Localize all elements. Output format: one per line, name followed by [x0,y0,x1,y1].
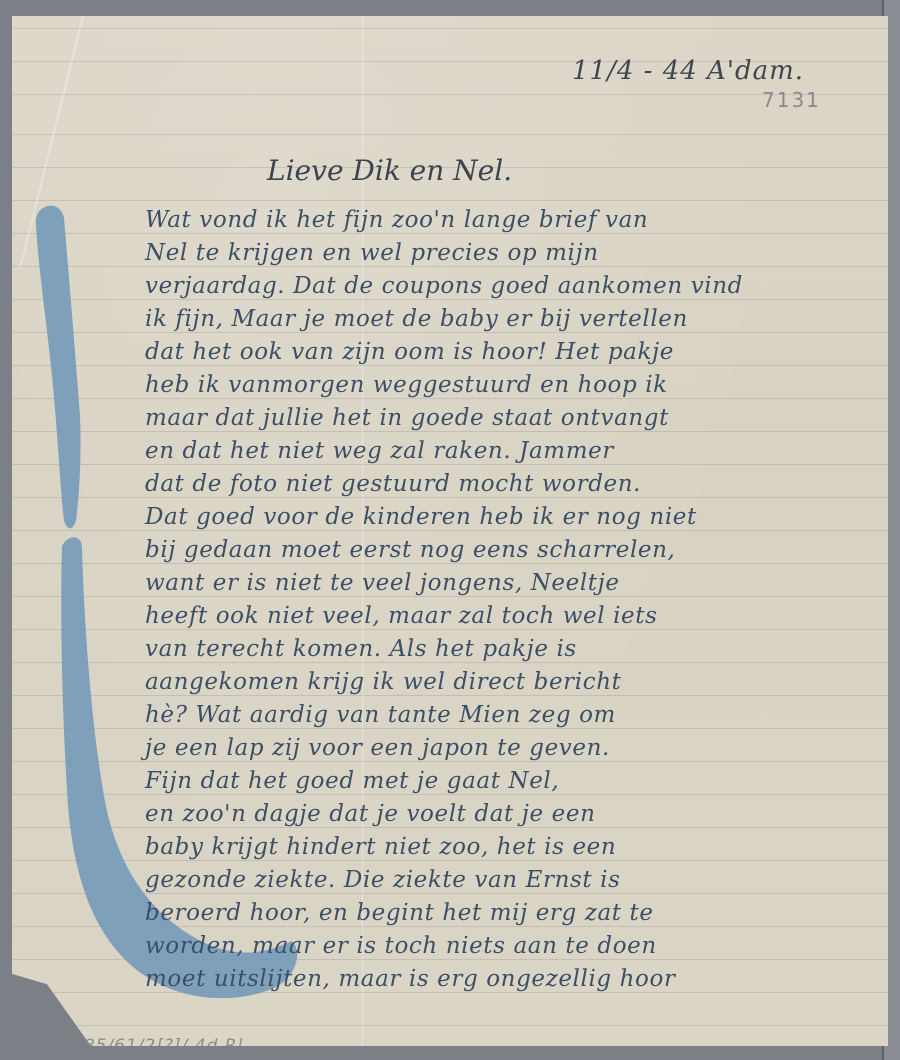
catalog-reference: 285/61/2[?]/.4d.Rl. [72,1036,250,1056]
letter-line: Nel te krijgen en wel precies op mijn [145,237,900,270]
letter-line: dat de foto niet gestuurd mocht worden. [145,468,900,501]
letter-line: moet uitslijten, maar is erg ongezellig … [145,963,900,996]
letter-line: want er is niet te veel jongens, Neeltje [145,567,900,600]
archive-number: 7131 [762,88,821,112]
letter-line: ik fijn, Maar je moet de baby er bij ver… [145,303,900,336]
letter-line: van terecht komen. Als het pakje is [145,633,900,666]
letter-line: heeft ook niet veel, maar zal toch wel i… [145,600,900,633]
letter-line: gezonde ziekte. Die ziekte van Ernst is [145,864,900,897]
letter-line: en dat het niet weg zal raken. Jammer [145,435,900,468]
letter-line: worden, maar er is toch niets aan te doe… [145,930,900,963]
salutation: Lieve Dik en Nel. [267,154,512,187]
letter-date: 11/4 - 44 A'dam. [572,56,804,86]
letter-line: heb ik vanmorgen weggestuurd en hoop ik [145,369,900,402]
letter-line: Dat goed voor de kinderen heb ik er nog … [145,501,900,534]
letter-line: en zoo'n dagje dat je voelt dat je een [145,798,900,831]
letter-line: bij gedaan moet eerst nog eens scharrele… [145,534,900,567]
letter-line: je een lap zij voor een japon te geven. [145,732,900,765]
letter-line: hè? Wat aardig van tante Mien zeg om [145,699,900,732]
letter-line: baby krijgt hindert niet zoo, het is een [145,831,900,864]
letter-line: Wat vond ik het fijn zoo'n lange brief v… [145,204,900,237]
letter-line: maar dat jullie het in goede staat ontva… [145,402,900,435]
letter-line: dat het ook van zijn oom is hoor! Het pa… [145,336,900,369]
letter-line: verjaardag. Dat de coupons goed aankomen… [145,270,900,303]
letter-line: aangekomen krijg ik wel direct bericht [145,666,900,699]
letter-body: Wat vond ik het fijn zoo'n lange brief v… [145,204,900,996]
letter-page: 11/4 - 44 A'dam. 7131 Lieve Dik en Nel. … [12,16,888,1046]
letter-line: Fijn dat het goed met je gaat Nel, [145,765,900,798]
letter-line: beroerd hoor, en begint het mij erg zat … [145,897,900,930]
